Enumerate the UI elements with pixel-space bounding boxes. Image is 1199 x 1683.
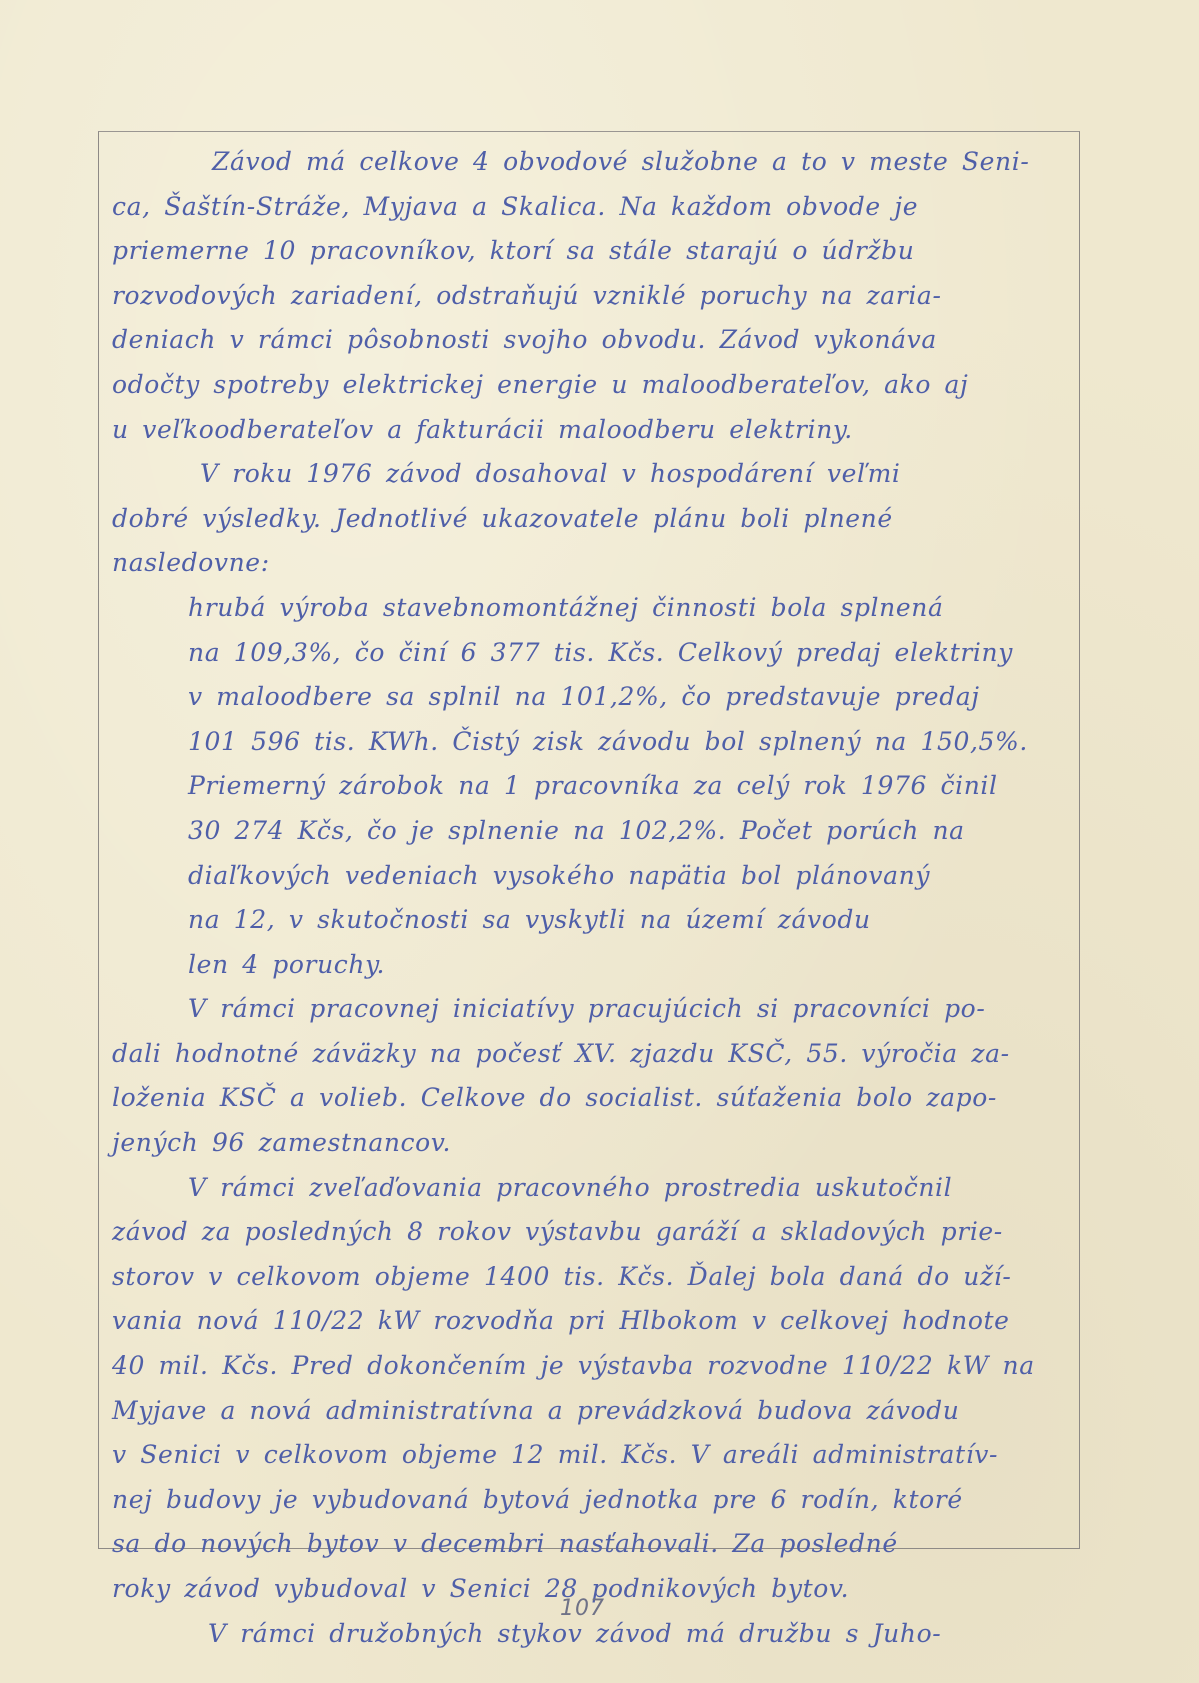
text-line: len 4 poruchy. [112, 943, 1072, 988]
text-line: v Senici v celkovom objeme 12 mil. Kčs. … [112, 1433, 1072, 1478]
text-line: Závod má celkove 4 obvodové služobne a t… [112, 140, 1072, 185]
text-line: deniach v rámci pôsobnosti svojho obvodu… [112, 318, 1072, 363]
text-line: V rámci zveľaďovania pracovného prostred… [112, 1166, 1072, 1211]
text-line: odočty spotreby elektrickej energie u ma… [112, 363, 1072, 408]
text-line: sa do nových bytov v decembri nasťahoval… [112, 1522, 1072, 1567]
text-line: Priemerný zárobok na 1 pracovníka za cel… [112, 764, 1072, 809]
text-line: jených 96 zamestnancov. [112, 1121, 1072, 1166]
handwritten-text-block: Závod má celkove 4 obvodové služobne a t… [112, 140, 1072, 1656]
text-line: V roku 1976 závod dosahoval v hospodáren… [112, 452, 1072, 497]
text-line: nej budovy je vybudovaná bytová jednotka… [112, 1478, 1072, 1523]
text-line: 30 274 Kčs, čo je splnenie na 102,2%. Po… [112, 809, 1072, 854]
text-line: 101 596 tis. KWh. Čistý zisk závodu bol … [112, 720, 1072, 765]
text-line: 40 mil. Kčs. Pred dokončením je výstavba… [112, 1344, 1072, 1389]
text-line: ca, Šaštín-Stráže, Myjava a Skalica. Na … [112, 185, 1072, 230]
text-line: Myjave a nová administratívna a prevádzk… [112, 1389, 1072, 1434]
text-line: na 109,3%, čo činí 6 377 tis. Kčs. Celko… [112, 631, 1072, 676]
text-line: na 12, v skutočnosti sa vyskytli na územ… [112, 898, 1072, 943]
text-line: storov v celkovom objeme 1400 tis. Kčs. … [112, 1255, 1072, 1300]
text-line: vania nová 110/22 kW rozvodňa pri Hlboko… [112, 1299, 1072, 1344]
text-line: rozvodových zariadení, odstraňujú vznikl… [112, 274, 1072, 319]
text-line: hrubá výroba stavebnomontážnej činnosti … [112, 586, 1072, 631]
text-line: priemerne 10 pracovníkov, ktorí sa stále… [112, 229, 1072, 274]
text-line: diaľkových vedeniach vysokého napätia bo… [112, 854, 1072, 899]
text-line: u veľkoodberateľov a fakturácii maloodbe… [112, 408, 1072, 453]
chronicle-page: Závod má celkove 4 obvodové služobne a t… [0, 0, 1199, 1683]
page-number: 107 [560, 1596, 605, 1621]
text-line: dali hodnotné záväzky na počesť XV. zjaz… [112, 1032, 1072, 1077]
text-line: nasledovne: [112, 541, 1072, 586]
text-line: závod za posledných 8 rokov výstavbu gar… [112, 1210, 1072, 1255]
text-line: V rámci pracovnej iniciatívy pracujúcich… [112, 987, 1072, 1032]
text-line: loženia KSČ a volieb. Celkove do sociali… [112, 1076, 1072, 1121]
text-line: dobré výsledky. Jednotlivé ukazovatele p… [112, 497, 1072, 542]
text-line: v maloodbere sa splnil na 101,2%, čo pre… [112, 675, 1072, 720]
